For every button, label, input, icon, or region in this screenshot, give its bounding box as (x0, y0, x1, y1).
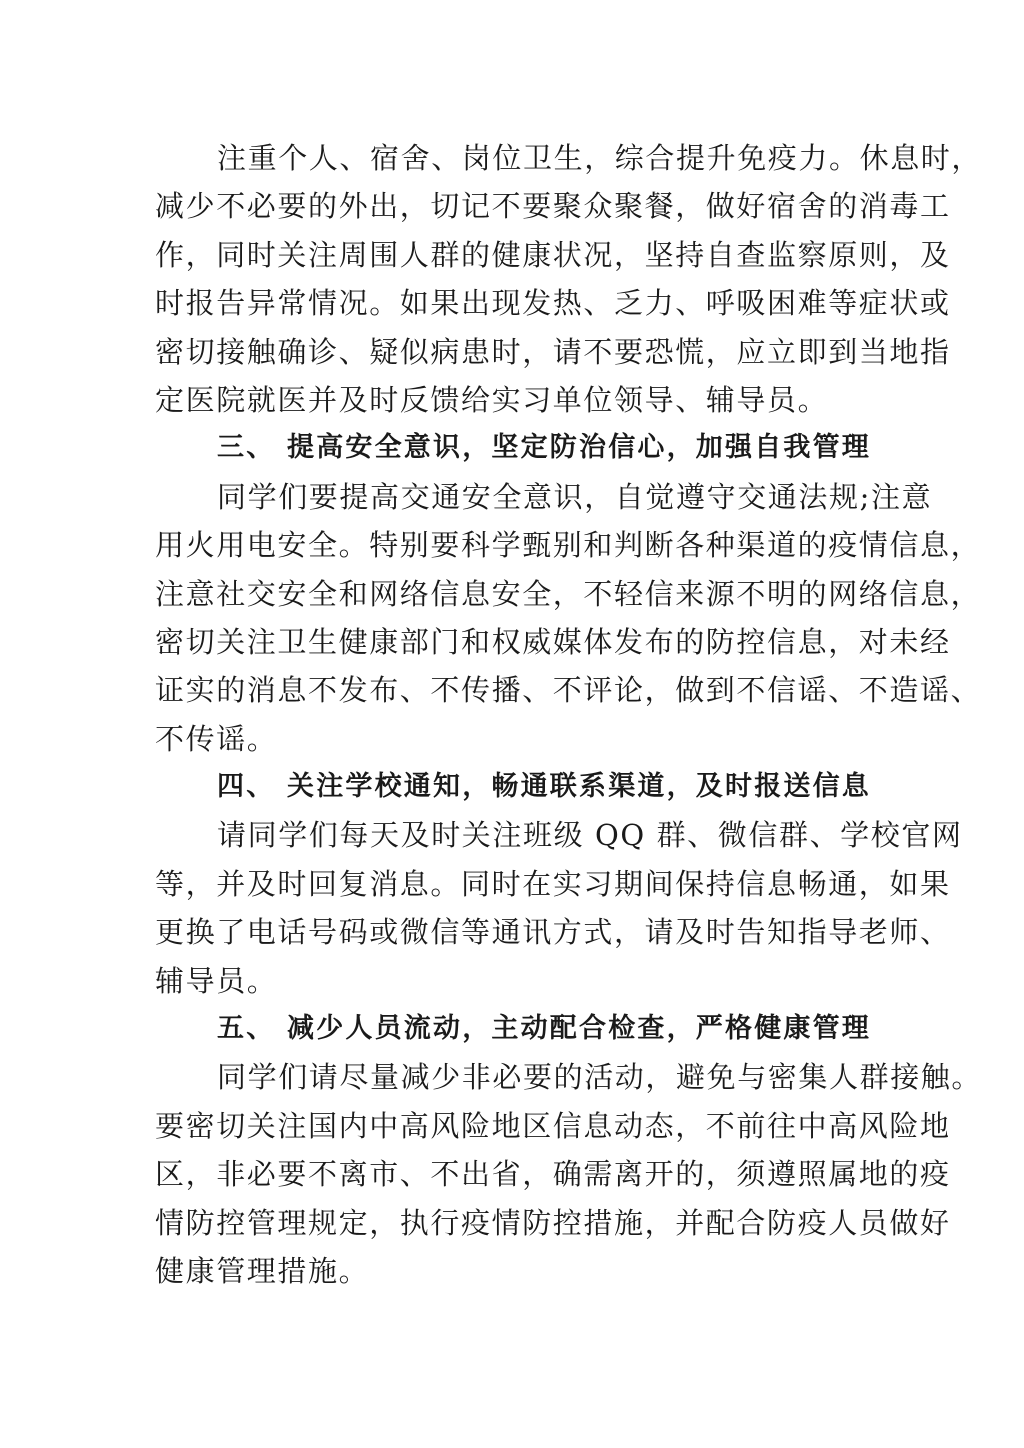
text-line: 密切关注卫生健康部门和权威媒体发布的防控信息，对未经 (155, 618, 875, 666)
text-line: 请同学们每天及时关注班级 QQ 群、微信群、学校官网 (155, 811, 875, 859)
section-heading-3: 三、 提高安全意识，坚定防治信心，加强自我管理 (155, 424, 875, 472)
text-line: 作，同时关注周围人群的健康状况，坚持自查监察原则，及 (155, 231, 875, 279)
paragraph-safety: 同学们要提高交通安全意识，自觉遵守交通法规;注意 用火用电安全。特别要科学甄别和… (155, 473, 875, 763)
text-line: 证实的消息不发布、不传播、不评论，做到不信谣、不造谣、 (155, 666, 875, 714)
paragraph-hygiene: 注重个人、宿舍、岗位卫生，综合提升免疫力。休息时， 减少不必要的外出，切记不要聚… (155, 134, 875, 424)
text-line: 时报告异常情况。如果出现发热、乏力、呼吸困难等症状或 (155, 279, 875, 327)
section-heading-5: 五、 减少人员流动，主动配合检查，严格健康管理 (155, 1005, 875, 1053)
text-line: 定医院就医并及时反馈给实习单位领导、辅导员。 (155, 376, 875, 424)
text-line: 用火用电安全。特别要科学甄别和判断各种渠道的疫情信息， (155, 521, 875, 569)
document-page: 注重个人、宿舍、岗位卫生，综合提升免疫力。休息时， 减少不必要的外出，切记不要聚… (155, 134, 875, 1295)
text-line: 注意社交安全和网络信息安全，不轻信来源不明的网络信息， (155, 570, 875, 618)
text-line: 减少不必要的外出，切记不要聚众聚餐，做好宿舍的消毒工 (155, 182, 875, 230)
paragraph-notifications: 请同学们每天及时关注班级 QQ 群、微信群、学校官网 等，并及时回复消息。同时在… (155, 811, 875, 1005)
section-heading-4: 四、 关注学校通知，畅通联系渠道，及时报送信息 (155, 763, 875, 811)
text-line: 情防控管理规定，执行疫情防控措施，并配合防疫人员做好 (155, 1199, 875, 1247)
text-line: 健康管理措施。 (155, 1247, 875, 1295)
text-line: 不传谣。 (155, 715, 875, 763)
text-line: 要密切关注国内中高风险地区信息动态，不前往中高风险地 (155, 1102, 875, 1150)
text-line: 区，非必要不离市、不出省，确需离开的，须遵照属地的疫 (155, 1150, 875, 1198)
text-line: 密切接触确诊、疑似病患时，请不要恐慌，应立即到当地指 (155, 328, 875, 376)
text-line: 同学们要提高交通安全意识，自觉遵守交通法规;注意 (155, 473, 875, 521)
text-line: 注重个人、宿舍、岗位卫生，综合提升免疫力。休息时， (155, 134, 875, 182)
text-line: 等，并及时回复消息。同时在实习期间保持信息畅通，如果 (155, 860, 875, 908)
paragraph-mobility: 同学们请尽量减少非必要的活动，避免与密集人群接触。 要密切关注国内中高风险地区信… (155, 1053, 875, 1295)
text-line: 同学们请尽量减少非必要的活动，避免与密集人群接触。 (155, 1053, 875, 1101)
text-line: 辅导员。 (155, 957, 875, 1005)
text-line: 更换了电话号码或微信等通讯方式，请及时告知指导老师、 (155, 908, 875, 956)
